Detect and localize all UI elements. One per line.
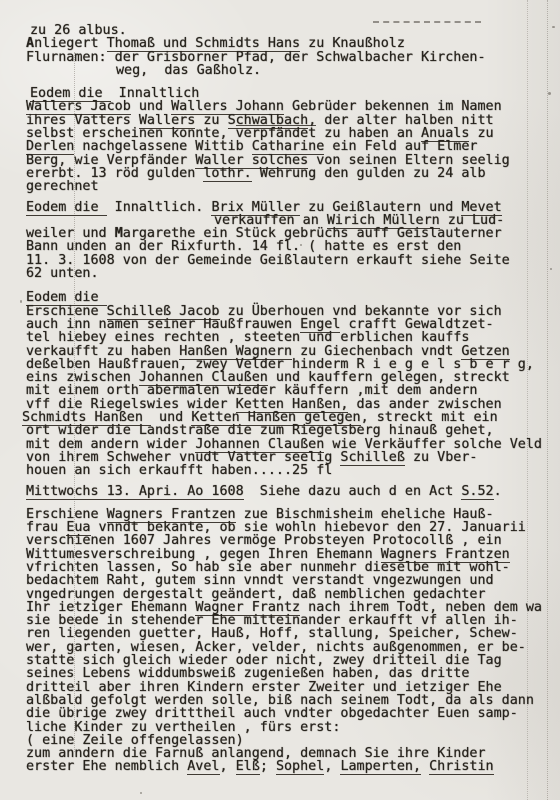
pencil-dash-mark bbox=[373, 21, 481, 23]
underlined-text: Lamperten, bbox=[340, 759, 421, 775]
text-line: vngedrungen dergestalt geändert, daß nem… bbox=[26, 588, 558, 601]
text-segment: gerechnet bbox=[26, 179, 99, 194]
text-line: verschienen 1607 Jahres vermöge Probstey… bbox=[26, 534, 558, 547]
text-segment: Innaltlich. bbox=[107, 200, 212, 215]
text-segment: , bbox=[220, 759, 236, 774]
text-line: houen an sich erkaufft haben.....25 fl bbox=[26, 464, 558, 477]
text-line: Eodem die Innaltlich. Brix Müller zu Gei… bbox=[26, 201, 558, 214]
text-segment: , bbox=[324, 759, 340, 774]
underlined-text: Sophel bbox=[276, 759, 324, 775]
text-segment: Siehe dazu auch d en Act bbox=[244, 484, 462, 499]
text-line: Berg, wie Verpfänder Waller solches von … bbox=[26, 154, 558, 167]
underlined-text: lothr. bbox=[203, 166, 251, 182]
text-line: Anliegert Thomaß und Schmidts Hans zu Kn… bbox=[26, 37, 558, 50]
underlined-text: Schilleß bbox=[340, 450, 405, 466]
text-line: dritteil aber ihren Kindern erster Zweit… bbox=[26, 681, 558, 694]
text-segment: weg, das Gaßholz. bbox=[116, 63, 261, 78]
text-line: tel hiebey eines rechten , steeten und e… bbox=[26, 331, 558, 344]
text-line: Eodem die bbox=[26, 291, 558, 304]
text-line: liche Kinder zu vertheilen , fürs erst: bbox=[26, 721, 558, 734]
ink-speck bbox=[20, 300, 22, 303]
text-line: ererbt. 13 röd gulden lothr. Wehrung den… bbox=[26, 167, 558, 180]
text-line: seines Lebens widdumbsweiß zugenießen ha… bbox=[26, 667, 558, 680]
text-line: verkaufft zu haben Hanßen Wagnern zu Gie… bbox=[26, 345, 558, 358]
text-line: ren liegenden guetter, Hauß, Hoff, stall… bbox=[26, 627, 558, 640]
underlined-text: Avel bbox=[187, 759, 219, 775]
text-line: mit dem andern wider Johannen Claußen wi… bbox=[26, 438, 558, 451]
text-line: gerechnet bbox=[26, 180, 558, 193]
document-lines: zu 26 albus.Anliegert Thomaß und Schmidt… bbox=[26, 24, 558, 774]
text-line: ort wider die Landstraße die zum Riegels… bbox=[26, 424, 558, 437]
text-line: Derlen nachgelassene Wittib Catharine ei… bbox=[26, 140, 558, 153]
text-segment: 62 unten. bbox=[26, 266, 99, 281]
text-line: Flurnamen: der Grisborner Pfad, der Schw… bbox=[26, 51, 558, 64]
text-line: erster Ehe nemblich Avel, Elß; Sophel, L… bbox=[26, 760, 558, 773]
text-line: Wittumesverschreibung , gegen Ihren Ehem… bbox=[26, 548, 558, 561]
text-line: weg, das Gaßholz. bbox=[116, 64, 558, 77]
scanned-document-page: zu 26 albus.Anliegert Thomaß und Schmidt… bbox=[0, 0, 560, 800]
text-segment: zu Vber- bbox=[405, 450, 478, 465]
underlined-text: Elß bbox=[236, 759, 260, 775]
text-segment bbox=[421, 759, 429, 774]
text-line: 11. 3. 1608 von der Gemeinde Geißlautern… bbox=[26, 254, 558, 267]
text-segment: houen an sich erkaufft haben.....25 fl bbox=[26, 463, 332, 478]
underlined-text: Eodem die bbox=[26, 200, 107, 216]
text-segment: ; bbox=[260, 759, 276, 774]
text-line: Wallers Jacob und Wallers Johann Gebrüde… bbox=[26, 100, 558, 113]
text-line: Erschiene Schilleß Jacob zu Überhouen vn… bbox=[26, 305, 558, 318]
text-segment: Wehrung den gulden zu 24 alb bbox=[252, 166, 486, 181]
text-line: Mittwochs 13. Apri. Ao 1608 Siehe dazu a… bbox=[26, 485, 558, 498]
text-line: bedachtem Raht, gutem sinn vnndt verstan… bbox=[26, 574, 558, 587]
text-segment: erster Ehe nemblich bbox=[26, 759, 187, 774]
underlined-text: S.52 bbox=[461, 484, 493, 500]
text-line: Bann unden an der Rixfurth. 14 fl. ( hat… bbox=[26, 240, 558, 253]
text-line: 62 unten. bbox=[26, 267, 558, 280]
underlined-text: Christin bbox=[429, 759, 494, 775]
text-line: die übrige zwey dritttheil auch vndter o… bbox=[26, 707, 558, 720]
ink-speck bbox=[140, 792, 142, 794]
text-line: mit einem orth abermalen wieder käuffern… bbox=[26, 384, 558, 397]
text-segment: . bbox=[494, 484, 502, 499]
underlined-text: Mittwochs 13. Apri. Ao 1608 bbox=[26, 484, 244, 500]
